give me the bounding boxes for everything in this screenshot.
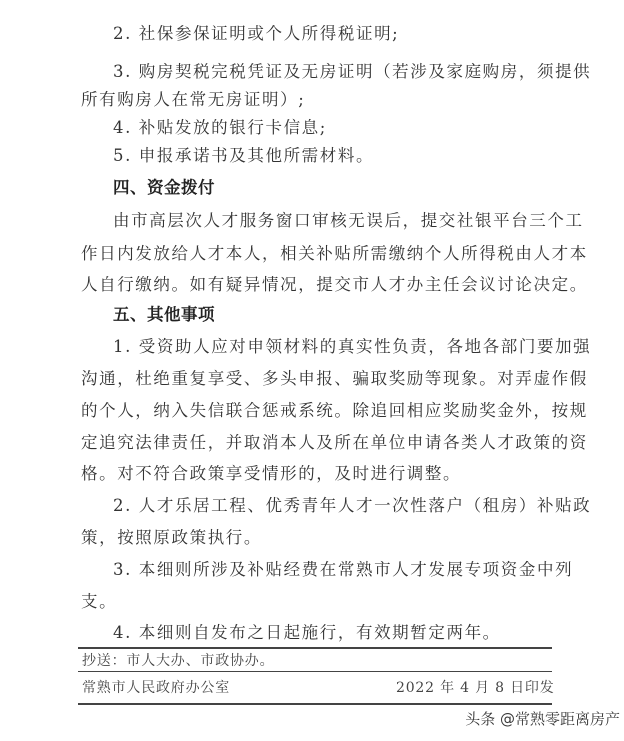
paragraph-line: 策，按照原政策执行。 xyxy=(81,528,551,548)
section-heading-other: 五、其他事项 xyxy=(113,305,553,325)
list-item-commitment: 5. 申报承诺书及其他所需材料。 xyxy=(113,146,553,166)
paragraph-line: 的个人，纳入失信联合惩戒系统。除追回相应奖励奖金外，按规 xyxy=(81,401,551,421)
footer-rule-middle xyxy=(78,671,552,672)
paragraph-line: 人自行缴纳。如有疑异情况，提交市人才办主任会议讨论决定。 xyxy=(81,275,551,295)
list-item-social-security: 2. 社保参保证明或个人所得税证明; xyxy=(113,24,553,44)
list-item-bank-card: 4. 补贴发放的银行卡信息; xyxy=(113,118,553,138)
paragraph-line: 1. 受资助人应对申领材料的真实性负责，各地各部门要加强 xyxy=(113,337,553,357)
paragraph-line: 支。 xyxy=(81,592,551,612)
list-item-deed-tax-cont: 所有购房人在常无房证明）; xyxy=(81,90,551,110)
footer-rule-bottom xyxy=(78,703,552,705)
list-item-deed-tax: 3. 购房契税完税凭证及无房证明（若涉及家庭购房，须提供 xyxy=(113,62,553,82)
footer-rule-top xyxy=(78,647,552,649)
paragraph-line: 格。对不符合政策享受情形的，及时进行调整。 xyxy=(81,464,551,484)
paragraph-line: 由市高层次人才服务窗口审核无误后，提交社银平台三个工 xyxy=(113,211,553,231)
section-heading-funding: 四、资金拨付 xyxy=(113,178,553,198)
issue-date: 2022 年 4 月 8 日印发 xyxy=(396,680,555,696)
paragraph-line: 3. 本细则所涉及补贴经费在常熟市人才发展专项资金中列 xyxy=(113,560,553,580)
paragraph-line: 2. 人才乐居工程、优秀青年人才一次性落户（租房）补贴政 xyxy=(113,496,553,516)
paragraph-line: 作日内发放给人才本人，相关补贴所需缴纳个人所得税由人才本 xyxy=(81,244,551,264)
paragraph-line: 沟通，杜绝重复享受、多头申报、骗取奖励等现象。对弄虚作假 xyxy=(81,369,551,389)
paragraph-line: 定追究法律责任，并取消本人及所在单位申请各类人才政策的资 xyxy=(81,433,551,453)
cc-line: 抄送：市人大办、市政协办。 xyxy=(82,653,274,669)
issuer: 常熟市人民政府办公室 xyxy=(82,680,230,696)
paragraph-line: 4. 本细则自发布之日起施行，有效期暂定两年。 xyxy=(113,623,553,643)
watermark: 头条 @常熟零距离房产 xyxy=(465,708,620,729)
